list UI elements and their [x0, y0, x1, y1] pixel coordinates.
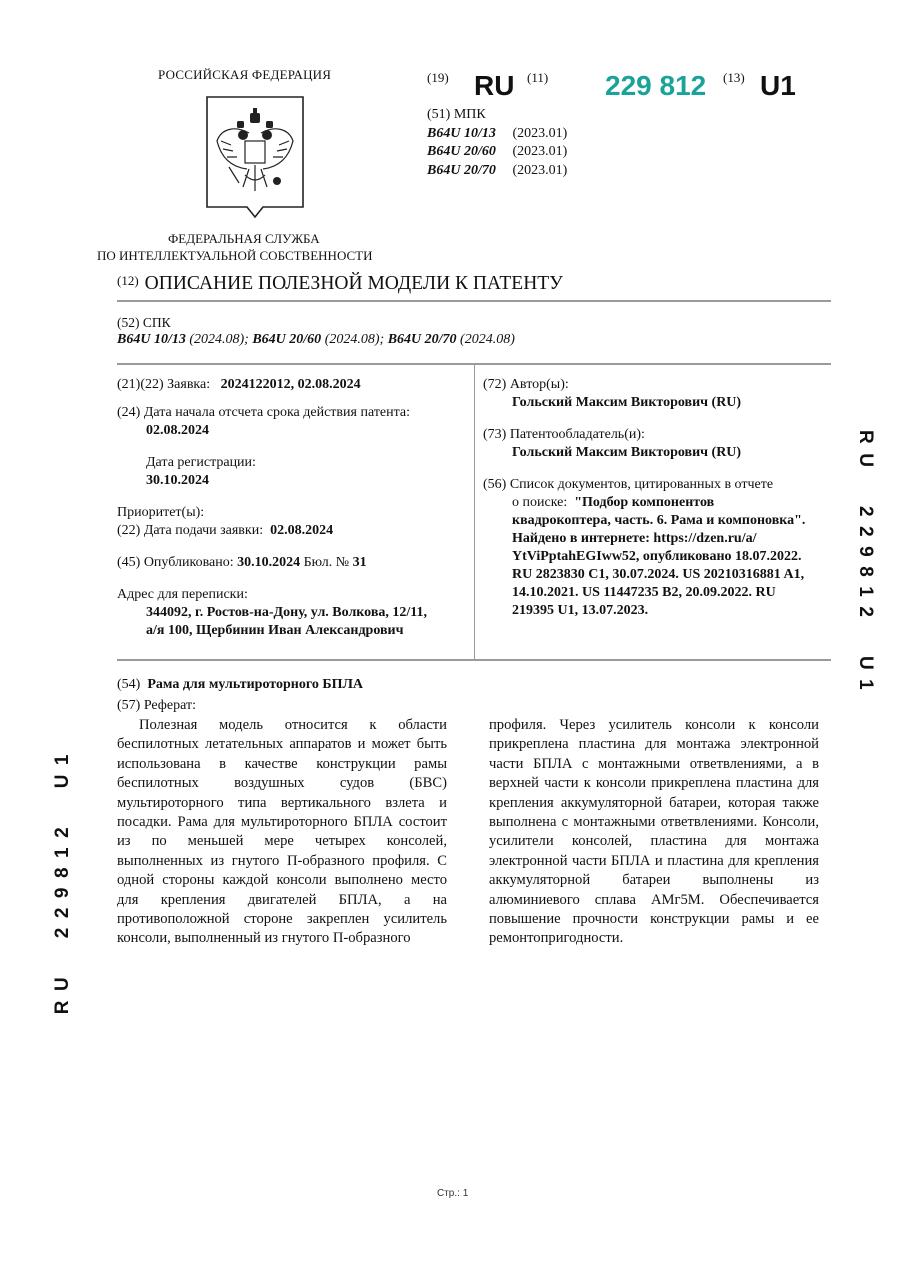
title-text: ОПИСАНИЕ ПОЛЕЗНОЙ МОДЕЛИ К ПАТЕНТУ [145, 273, 563, 294]
ipc-code: B64U 20/70 [427, 162, 509, 181]
citation-line: Найдено в интернете: https://dzen.ru/a/ [512, 531, 757, 546]
ipc-version: (2023.01) [513, 126, 568, 141]
field-value: 31 [353, 555, 367, 570]
cpc-codes: B64U 10/13 (2024.08); B64U 20/60 (2024.0… [117, 331, 515, 348]
patent-number: 229 812 [605, 70, 706, 102]
abstract-label: (57) Реферат: [117, 698, 196, 714]
field-label: (21)(22) Заявка: [117, 377, 210, 392]
owner-field: (73) Патентообладатель(и): Гольский Макс… [483, 426, 823, 462]
page-number: Стр.: 1 [437, 1188, 468, 1199]
country-name: РОССИЙСКАЯ ФЕДЕРАЦИЯ [158, 67, 331, 83]
citation-line: "Подбор компонентов [574, 495, 714, 510]
field-label: о поиске: [512, 495, 567, 510]
inid-code-11: (11) [527, 70, 548, 86]
field-value: Гольский Максим Викторович (RU) [512, 445, 741, 460]
cpc-version: (2024.08) [189, 332, 244, 347]
utility-model-title: (54) Рама для мультироторного БПЛА [117, 677, 363, 693]
field-label: Приоритет(ы): [117, 504, 467, 522]
ipc-code: B64U 10/13 [427, 125, 509, 144]
agency-name-line2: ПО ИНТЕЛЛЕКТУАЛЬНОЙ СОБСТВЕННОСТИ [97, 248, 373, 264]
field-label: Адрес для переписки: [117, 586, 467, 604]
field-label: (24) Дата начала отсчета срока действия … [117, 404, 467, 422]
column-divider [474, 364, 475, 659]
field-value: 02.08.2024 [146, 423, 209, 438]
field-value: 344092, г. Ростов-на-Дону, ул. Волкова, … [146, 605, 427, 620]
field-value: 02.08.2024 [270, 523, 333, 538]
cpc-label: (52) СПК [117, 314, 515, 331]
published-field: (45) Опубликовано: 30.10.2024 Бюл. № 31 [117, 554, 467, 572]
citation-line: 219395 U1, 13.07.2023. [512, 603, 648, 618]
cpc-code: B64U 20/60 [252, 332, 321, 347]
document-title: (12)ОПИСАНИЕ ПОЛЕЗНОЙ МОДЕЛИ К ПАТЕНТУ [117, 273, 563, 295]
address-field: Адрес для переписки: 344092, г. Ростов-н… [117, 586, 467, 640]
field-label: (22) Дата подачи заявки: [117, 523, 263, 538]
russian-coat-of-arms-icon [205, 95, 305, 222]
field-label: Бюл. № [304, 555, 350, 570]
field-value: а/я 100, Щербинин Иван Александрович [146, 623, 404, 638]
field-label: (72) Автор(ы): [483, 376, 823, 394]
cpc-code: B64U 10/13 [117, 332, 186, 347]
citations-field: (56) Список документов, цитированных в о… [483, 476, 823, 620]
field-value: Гольский Максим Викторович (RU) [512, 395, 741, 410]
biblio-left-column: (21)(22) Заявка: 2024122012, 02.08.2024 … [117, 376, 467, 650]
citation-line: RU 2823830 C1, 30.07.2024. US 2021031688… [512, 567, 804, 582]
ipc-row: B64U 10/13 (2023.01) [427, 125, 567, 144]
country-code: RU [474, 70, 514, 102]
ipc-label: (51) МПК [427, 106, 567, 125]
divider [117, 300, 831, 302]
inid-code-19: (19) [427, 70, 449, 86]
field-label: (45) Опубликовано: [117, 555, 234, 570]
ipc-classification: (51) МПК B64U 10/13 (2023.01) B64U 20/60… [427, 106, 567, 180]
application-field: (21)(22) Заявка: 2024122012, 02.08.2024 [117, 376, 467, 394]
ipc-version: (2023.01) [513, 163, 568, 178]
biblio-right-column: (72) Автор(ы): Гольский Максим Викторови… [483, 376, 823, 630]
priority-field: Приоритет(ы): (22) Дата подачи заявки: 0… [117, 504, 467, 540]
abstract-text-left: Полезная модель относится к области бесп… [117, 716, 447, 949]
side-patent-number-left: RU 229812 U1 [52, 745, 74, 1014]
cpc-code: B64U 20/70 [388, 332, 457, 347]
term-start-field: (24) Дата начала отсчета срока действия … [117, 404, 467, 440]
citation-line: 14.10.2021. US 11447235 B2, 20.09.2022. … [512, 585, 776, 600]
author-field: (72) Автор(ы): Гольский Максим Викторови… [483, 376, 823, 412]
inid-code-12: (12) [117, 273, 139, 288]
model-title: Рама для мультироторного БПЛА [147, 677, 363, 692]
field-label: (56) Список документов, цитированных в о… [483, 476, 823, 494]
citation-line: YtViPptahEGIww52, опубликовано 18.07.202… [512, 549, 802, 564]
ipc-version: (2023.01) [513, 144, 568, 159]
ipc-row: B64U 20/60 (2023.01) [427, 143, 567, 162]
divider [117, 659, 831, 661]
field-value: 2024122012, 02.08.2024 [221, 377, 361, 392]
kind-code: U1 [760, 70, 796, 102]
inid-code-13: (13) [723, 70, 745, 86]
citation-line: квадрокоптера, часть. 6. Рама и компонов… [512, 513, 805, 528]
field-label: Дата регистрации: [146, 454, 467, 472]
cpc-version: (2024.08) [325, 332, 380, 347]
field-value: 30.10.2024 [237, 555, 300, 570]
abstract-text-right: профиля. Через усилитель консоли к консо… [489, 716, 819, 949]
inid-code-54: (54) [117, 677, 140, 692]
ipc-code: B64U 20/60 [427, 143, 509, 162]
side-patent-number-right: RU 229812 U1 [854, 430, 876, 699]
field-label: (73) Патентообладатель(и): [483, 426, 823, 444]
cpc-version: (2024.08) [460, 332, 515, 347]
ipc-row: B64U 20/70 (2023.01) [427, 162, 567, 181]
field-value: 30.10.2024 [146, 473, 209, 488]
registration-field: Дата регистрации: 30.10.2024 [117, 454, 467, 490]
agency-name-line1: ФЕДЕРАЛЬНАЯ СЛУЖБА [168, 231, 320, 247]
cpc-classification: (52) СПК B64U 10/13 (2024.08); B64U 20/6… [117, 314, 515, 348]
